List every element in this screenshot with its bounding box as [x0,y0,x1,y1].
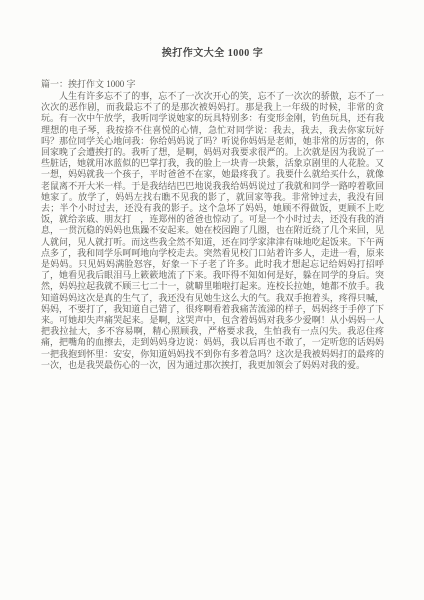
document-page: 挨打作文大全 1000 字 篇一：挨打作文 1000 字 人生有许多忘不了的事，… [0,0,424,600]
essay-paragraph: 人生有许多忘不了的事，忘不了一次次开心的笑，忘不了一次次的骄傲，忘不了一次次的恶… [41,91,384,371]
section-heading: 篇一：挨打作文 1000 字 [41,79,384,90]
document-title: 挨打作文大全 1000 字 [41,44,384,59]
